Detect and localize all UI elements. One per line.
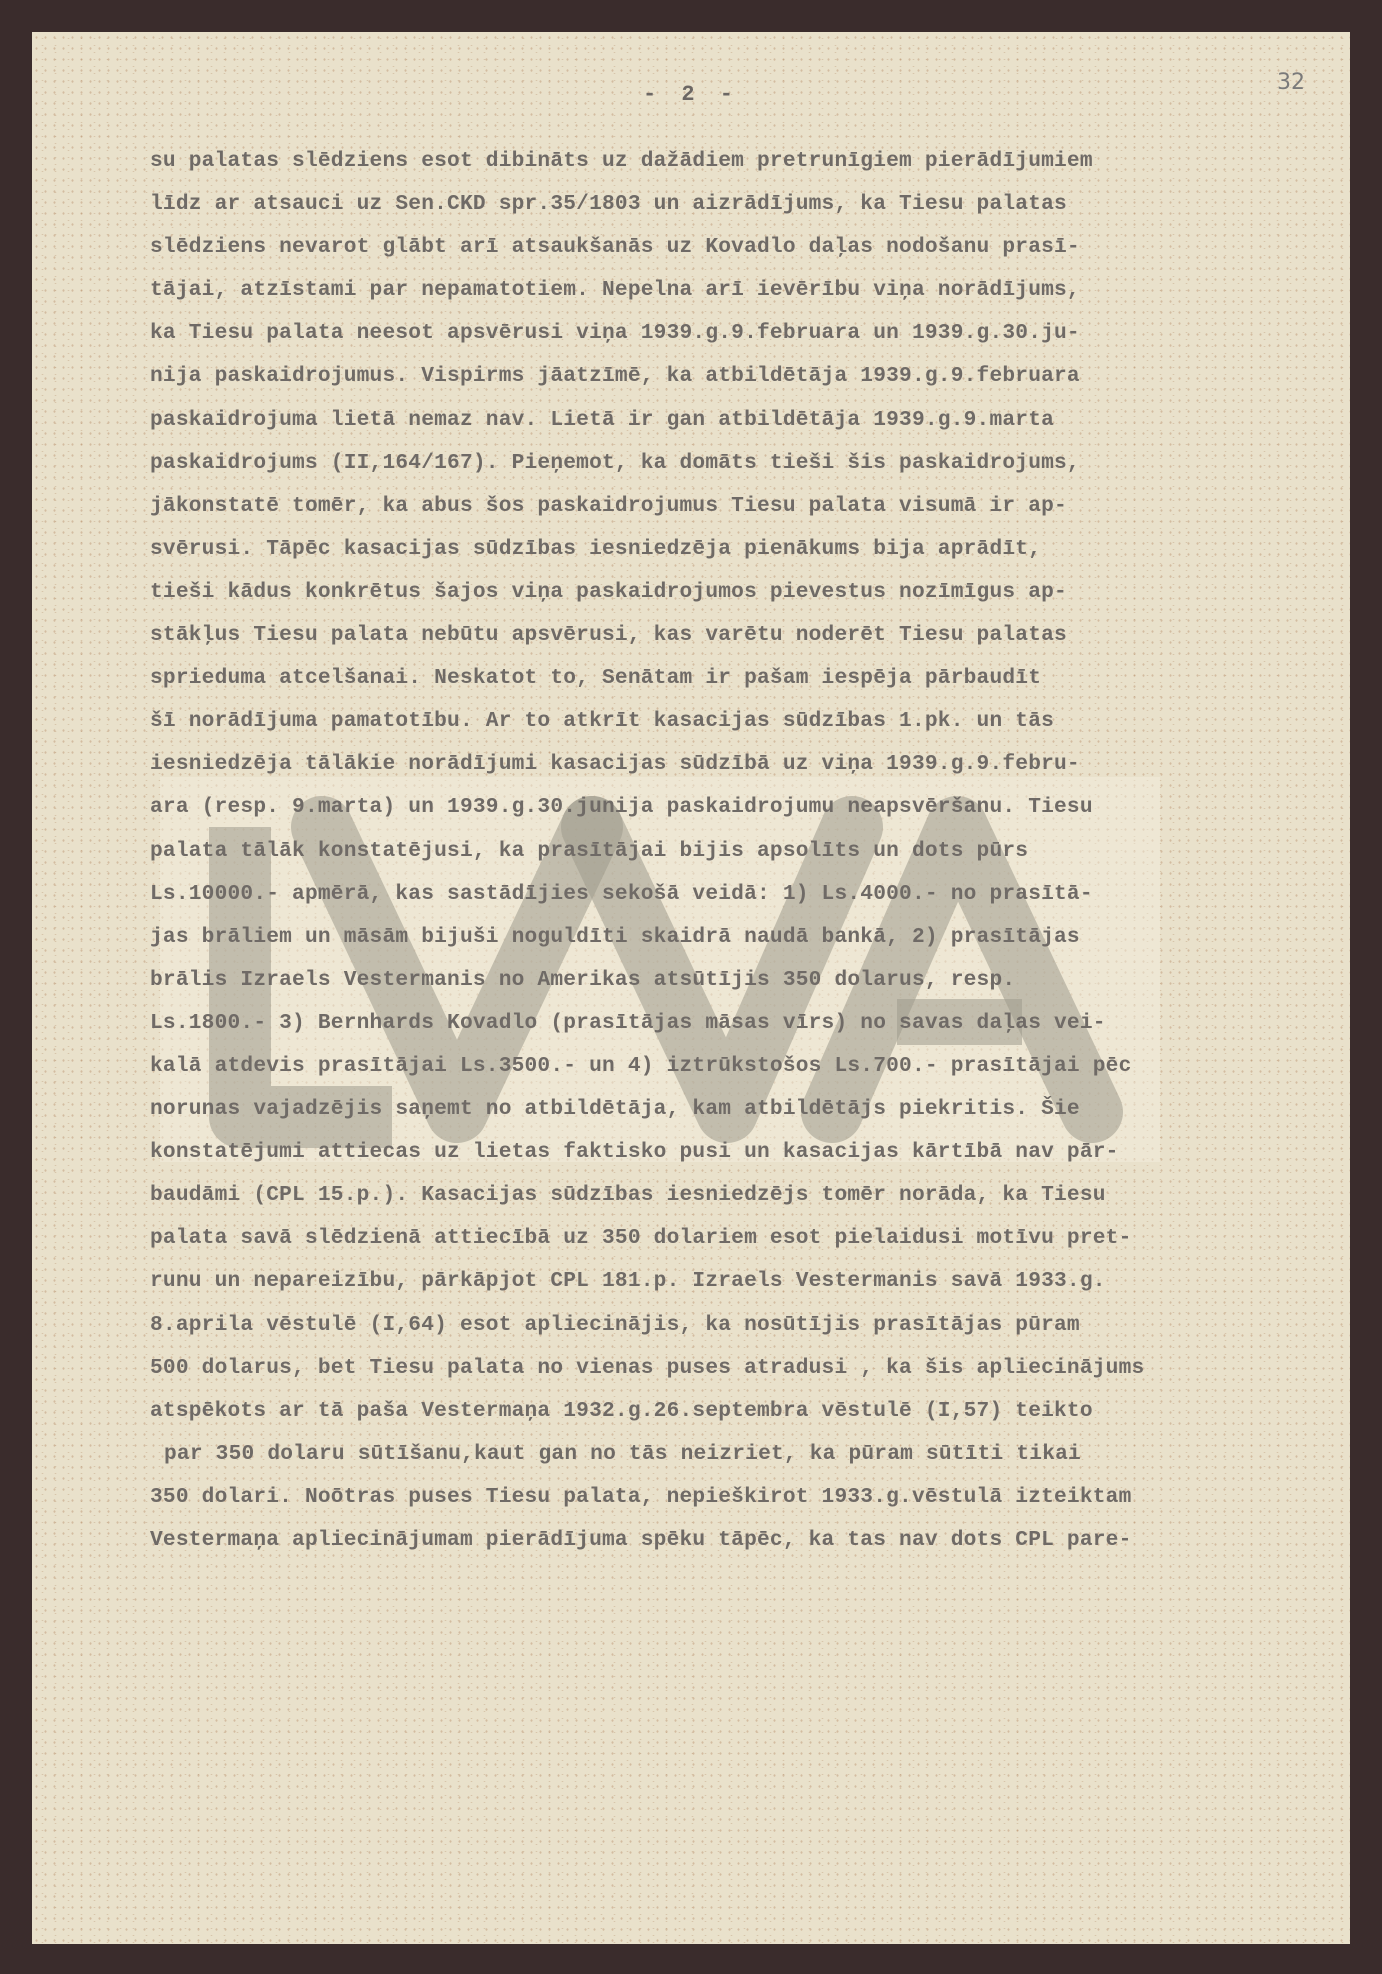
text-line: 8.aprila vēstulē (I,64) esot apliecināji… (150, 1304, 1355, 1347)
text-line: par 350 dolaru sūtīšanu,kaut gan no tās … (150, 1433, 1355, 1476)
text-line: līdz ar atsauci uz Sen.CKD spr.35/1803 u… (150, 183, 1355, 226)
text-line: slēdziens nevarot glābt arī atsaukšanās … (150, 226, 1355, 269)
text-line: norunas vajadzējis saņemt no atbildētāja… (150, 1088, 1355, 1131)
text-line: 350 dolari. Noōtras puses Tiesu palata, … (150, 1476, 1355, 1519)
text-line: ara (resp. 9.marta) un 1939.g.30.junija … (150, 786, 1355, 829)
text-line: su palatas slēdziens esot dibināts uz da… (150, 140, 1355, 183)
text-line: atspēkots ar tā paša Vestermaņa 1932.g.2… (150, 1390, 1355, 1433)
text-line: konstatējumi attiecas uz lietas faktisko… (150, 1131, 1355, 1174)
text-line: palata tālāk konstatējusi, ka prasītājai… (150, 830, 1355, 873)
text-line: kalā atdevis prasītājai Ls.3500.- un 4) … (150, 1045, 1355, 1088)
text-line: runu un nepareizību, pārkāpjot CPL 181.p… (150, 1260, 1355, 1303)
text-line: stākļus Tiesu palata nebūtu apsvērusi, k… (150, 614, 1355, 657)
text-line: nija paskaidrojumus. Vispirms jāatzīmē, … (150, 355, 1355, 398)
text-line: Ls.1800.- 3) Bernhards Kovadlo (prasītāj… (150, 1002, 1355, 1045)
text-line: šī norādījuma pamatotību. Ar to atkrīt k… (150, 700, 1355, 743)
text-line: svērusi. Tāpēc kasacijas sūdzības iesnie… (150, 528, 1355, 571)
text-line: paskaidrojuma lietā nemaz nav. Lietā ir … (150, 399, 1355, 442)
text-line: tājai, atzīstami par nepamatotiem. Nepel… (150, 269, 1355, 312)
text-line: paskaidrojums (II,164/167). Pieņemot, ka… (150, 442, 1355, 485)
text-line: Vestermaņa apliecinājumam pierādījuma sp… (150, 1519, 1355, 1562)
text-line: iesniedzēja tālākie norādījumi kasacijas… (150, 743, 1355, 786)
text-line: ka Tiesu palata neesot apsvērusi viņa 19… (150, 312, 1355, 355)
text-line: brālis Izraels Vestermanis no Amerikas a… (150, 959, 1355, 1002)
document-body-text: su palatas slēdziens esot dibināts uz da… (150, 140, 1355, 1562)
text-line: 500 dolarus, bet Tiesu palata no vienas … (150, 1347, 1355, 1390)
page-number: - 2 - (32, 82, 1350, 107)
text-line: jākonstatē tomēr, ka abus šos paskaidroj… (150, 485, 1355, 528)
text-line: tieši kādus konkrētus šajos viņa paskaid… (150, 571, 1355, 614)
text-line: sprieduma atcelšanai. Neskatot to, Senāt… (150, 657, 1355, 700)
text-line: baudāmi (CPL 15.p.). Kasacijas sūdzības … (150, 1174, 1355, 1217)
text-line: jas brāliem un māsām bijuši noguldīti sk… (150, 916, 1355, 959)
text-line: palata savā slēdzienā attiecībā uz 350 d… (150, 1217, 1355, 1260)
document-page: 32 - 2 - su palatas slēdziens esot dibin… (32, 32, 1350, 1944)
text-line: Ls.10000.- apmērā, kas sastādījies sekoš… (150, 873, 1355, 916)
